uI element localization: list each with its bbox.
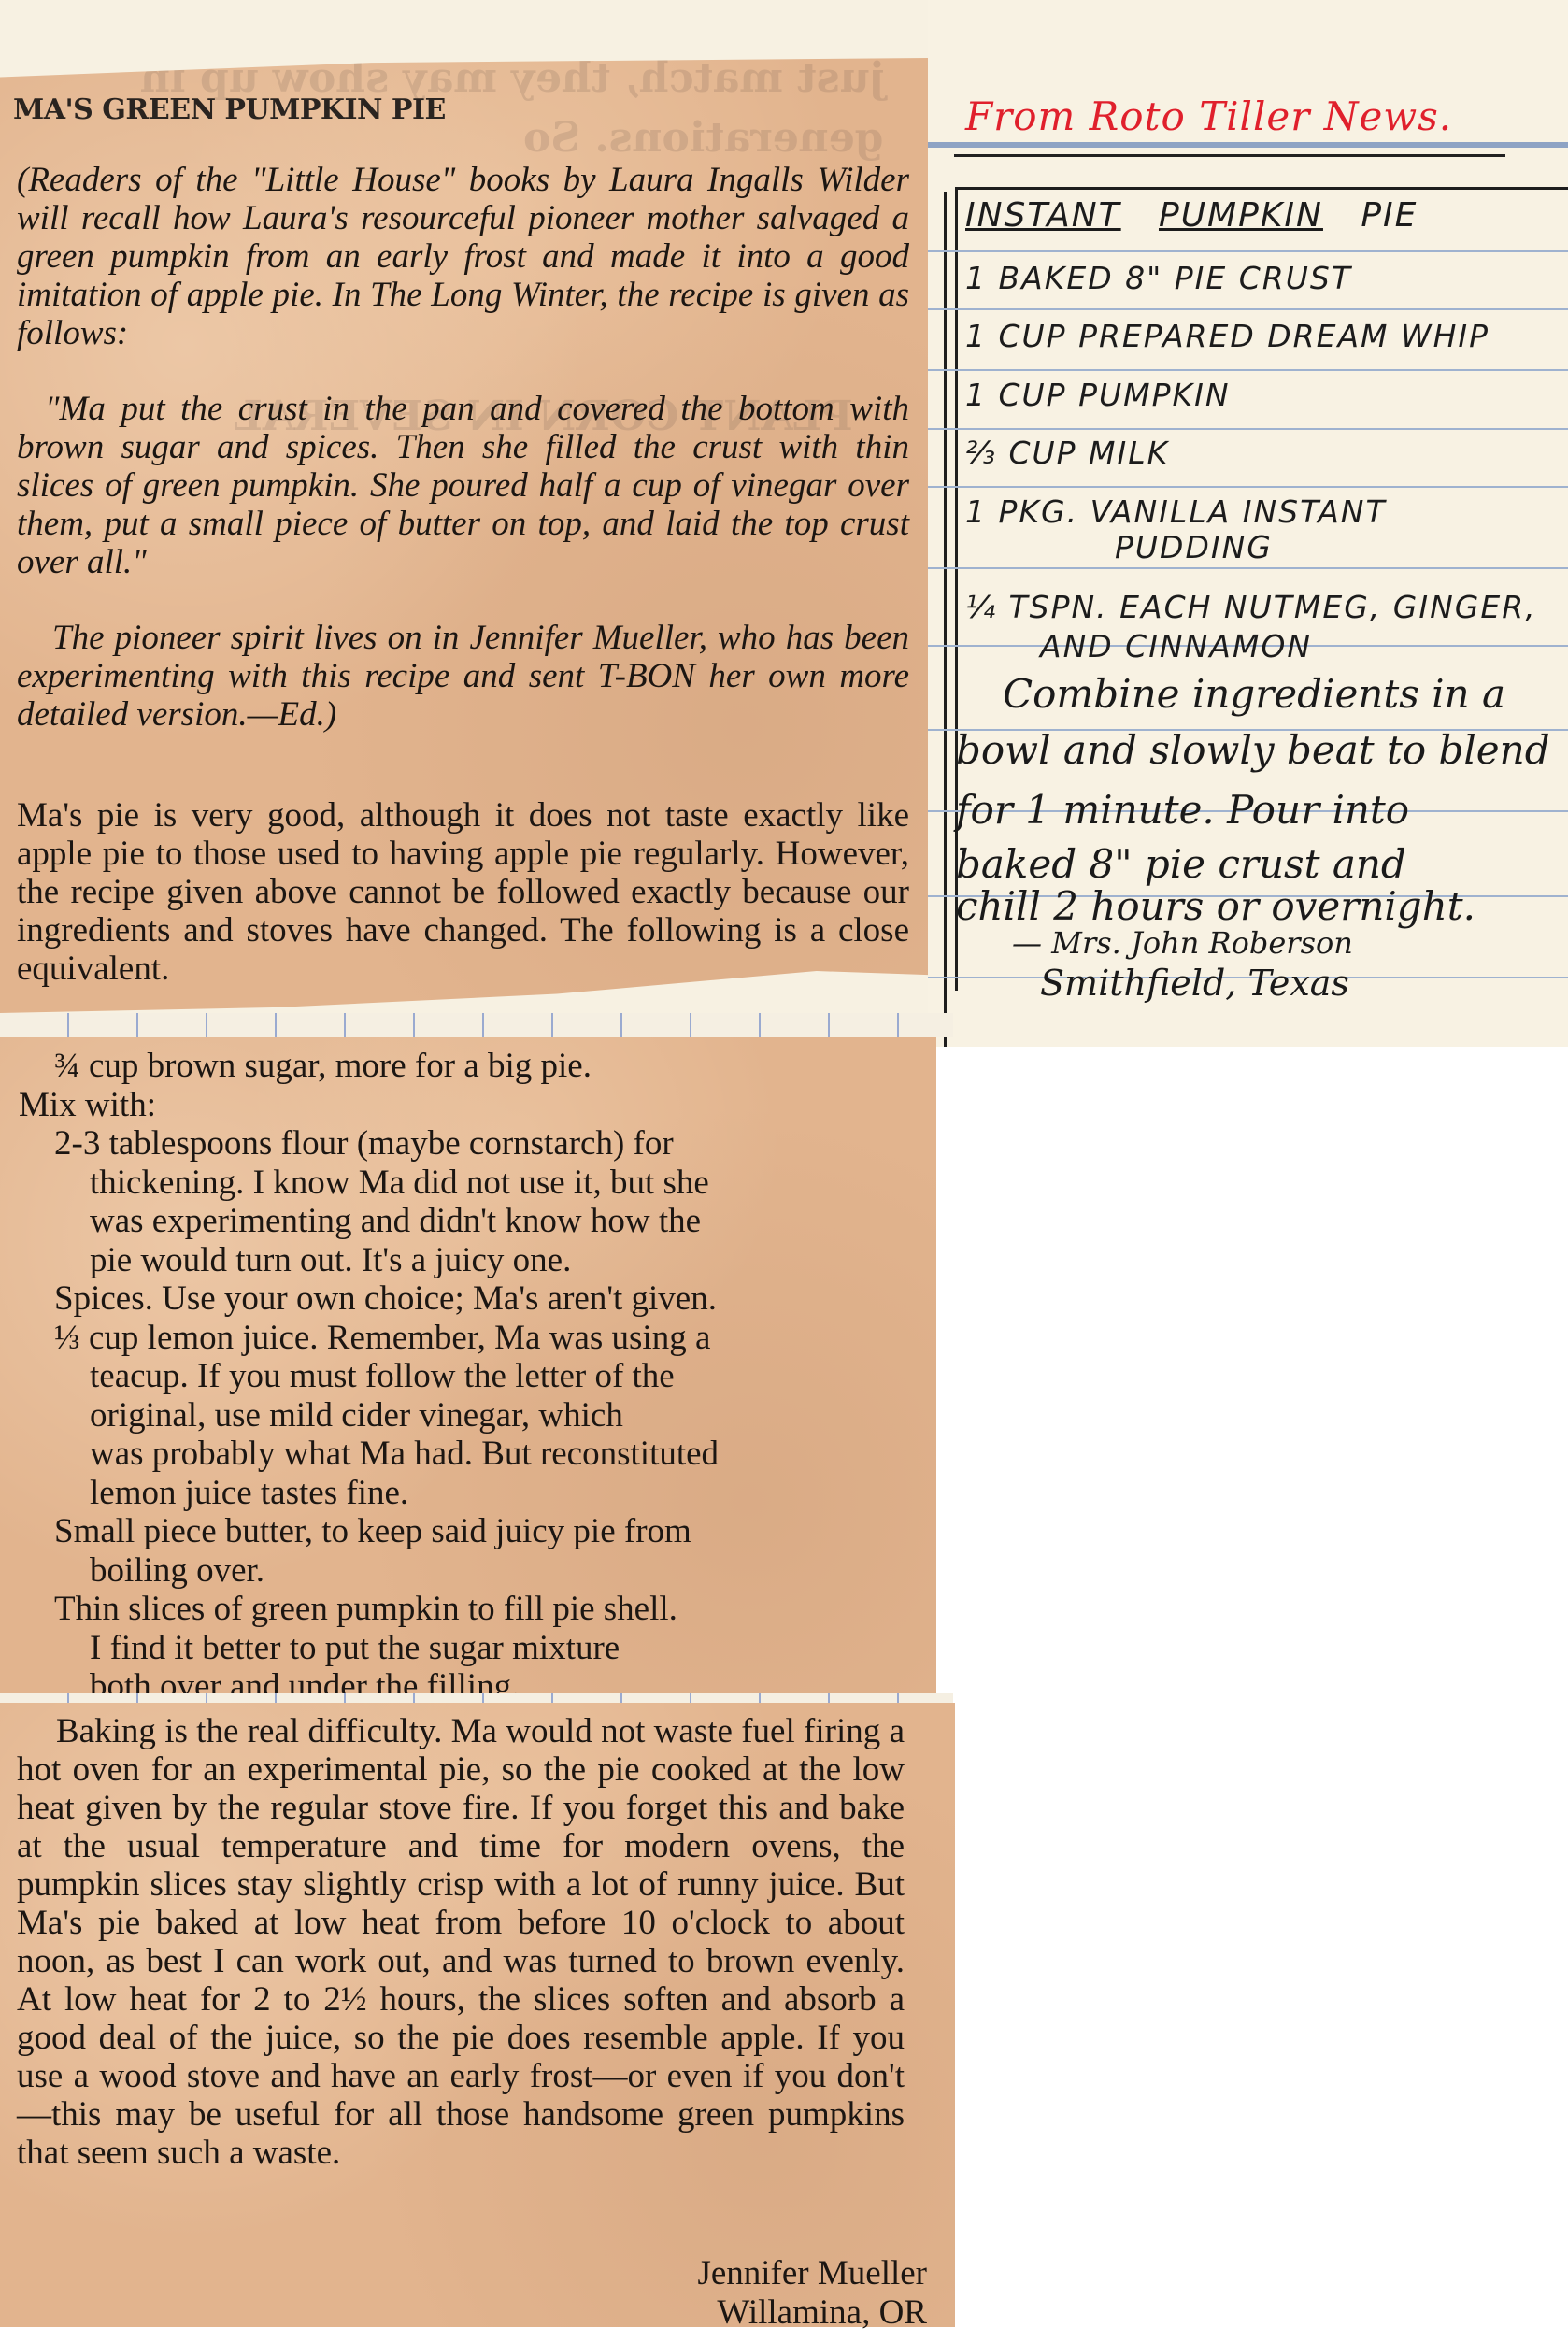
intro-paragraph: Ma's pie is very good, although it does …	[17, 796, 909, 988]
card-rule	[928, 486, 1568, 488]
author-location: Willamina, OR	[717, 2293, 927, 2332]
ingredient-line: Mix with:	[19, 1086, 156, 1124]
card-margin-line	[944, 192, 947, 1047]
card-ingredient: AND CINNAMON	[1040, 628, 1312, 664]
ingredient-line: teacup. If you must follow the letter of…	[90, 1357, 675, 1395]
ingredient-line: I find it better to put the sugar mixtur…	[90, 1629, 620, 1667]
card-top-line	[928, 142, 1568, 148]
ingredient-line: pie would turn out. It's a juicy one.	[90, 1241, 571, 1279]
card-ingredient: ¼ TSPN. EACH NUTMEG, GINGER,	[965, 589, 1537, 625]
ingredient-line: Spices. Use your own choice; Ma's aren't…	[54, 1279, 717, 1318]
ingredient-line: 2-3 tablespoons flour (maybe cornstarch)…	[54, 1124, 674, 1163]
ingredient-line: lemon juice tastes fine.	[90, 1474, 408, 1512]
card-direction: bowl and slowly beat to blend	[956, 727, 1550, 773]
ingredient-line: Thin slices of green pumpkin to fill pie…	[54, 1590, 677, 1628]
card-rule	[928, 567, 1568, 569]
card-direction: chill 2 hours or overnight.	[956, 883, 1475, 929]
clipping-top: just match, they may show up in generati…	[0, 58, 928, 1013]
ingredient-line: Small piece butter, to keep said juicy p…	[54, 1512, 691, 1550]
quoted-recipe: "Ma put the crust in the pan and covered…	[17, 390, 909, 581]
card-direction: for 1 minute. Pour into	[956, 787, 1409, 833]
card-ingredient: 1 BAKED 8" PIE CRUST	[965, 260, 1352, 296]
ingredient-line: boiling over.	[90, 1551, 264, 1590]
baking-paragraph: Baking is the real difficulty. Ma would …	[17, 1712, 905, 2172]
card-rule	[928, 250, 1568, 252]
card-rule	[928, 428, 1568, 430]
bleed-through-text: generations. So	[523, 114, 883, 162]
card-recipe-title: INSTANT PUMPKIN PIE	[965, 196, 1418, 235]
recipe-card: From Roto Tiller News. INSTANT PUMPKIN P…	[928, 0, 1568, 1047]
card-signature: — Mrs. John Roberson	[1012, 925, 1353, 961]
card-direction: Combine ingredients in a	[1003, 671, 1505, 717]
card-direction: baked 8" pie crust and	[956, 841, 1406, 887]
ruled-gap	[0, 1013, 953, 1037]
ingredient-line: ⅓ cup lemon juice. Remember, Ma was usin…	[54, 1319, 710, 1357]
card-ingredient: 1 CUP PUMPKIN	[965, 377, 1231, 413]
card-box-top	[955, 187, 1568, 190]
card-ingredient: ⅔ CUP MILK	[965, 435, 1169, 471]
card-signature-location: Smithfield, Texas	[1040, 963, 1349, 1004]
ingredient-line: ¾ cup brown sugar, more for a big pie.	[54, 1047, 592, 1085]
card-rule	[928, 369, 1568, 371]
card-ingredient: 1 CUP PREPARED DREAM WHIP	[965, 318, 1490, 354]
ingredient-line: was experimenting and didn't know how th…	[90, 1202, 701, 1240]
ingredient-line: thickening. I know Ma did not use it, bu…	[90, 1164, 709, 1202]
card-ingredient: 1 PKG. VANILLA INSTANT	[965, 493, 1387, 530]
clipping-baking: Baking is the real difficulty. Ma would …	[0, 1703, 955, 2327]
card-source-note: From Roto Tiller News.	[965, 93, 1452, 139]
editor-note-end: The pioneer spirit lives on in Jennifer …	[17, 619, 909, 734]
ingredient-line: was probably what Ma had. But reconstitu…	[90, 1435, 719, 1473]
card-ingredient: PUDDING	[1115, 529, 1273, 565]
clipping-ingredients: ¾ cup brown sugar, more for a big pie.Mi…	[0, 1037, 936, 1701]
article-headline: MA'S GREEN PUMPKIN PIE	[13, 93, 446, 126]
editor-note: (Readers of the "Little House" books by …	[17, 161, 909, 352]
ingredient-line: original, use mild cider vinegar, which	[90, 1396, 623, 1435]
card-rule	[928, 308, 1568, 310]
author-name: Jennifer Mueller	[697, 2254, 927, 2292]
card-header-rule	[954, 154, 1505, 157]
